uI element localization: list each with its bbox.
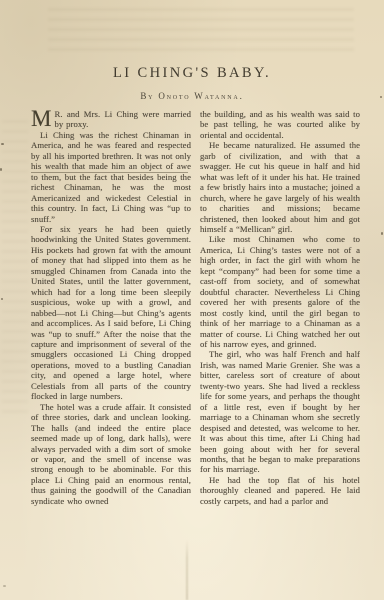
print-artifact-line	[31, 172, 188, 173]
story-title: LI CHING'S BABY.	[0, 65, 384, 82]
paper-speck	[1, 143, 4, 145]
paragraph: He had the top flat of his hotel thoroug…	[200, 475, 360, 506]
left-column: MR. and Mrs. Li Ching were married by pr…	[31, 109, 191, 563]
bleedthrough-left-edge	[2, 120, 28, 420]
paragraph: He became naturalized. He assumed the ga…	[200, 140, 360, 234]
paragraph: Li Ching was the richest Chinaman in Ame…	[31, 130, 191, 224]
paper-speck	[381, 232, 383, 235]
paper-speck	[0, 168, 2, 171]
paragraph: The girl, who was half French and half I…	[200, 349, 360, 474]
paper-speck	[380, 96, 382, 98]
paragraph: Like most Chinamen who come to America, …	[200, 234, 360, 349]
right-column: the building, and as his wealth was said…	[200, 109, 360, 563]
paragraph: For six years he had been quietly hoodwi…	[31, 224, 191, 402]
scanned-magazine-page: LI CHING'S BABY. By Onoto Watanna. MR. a…	[0, 0, 384, 600]
text-columns: MR. and Mrs. Li Ching were married by pr…	[31, 109, 360, 563]
story-byline: By Onoto Watanna.	[0, 91, 384, 101]
paragraph: the building, and as his wealth was said…	[200, 109, 360, 140]
paper-speck	[1, 298, 3, 300]
paragraph: MR. and Mrs. Li Ching were married by pr…	[31, 109, 191, 130]
drop-cap: M	[31, 109, 55, 128]
center-fold-crease	[186, 540, 188, 600]
paper-speck	[3, 585, 6, 587]
paragraph: The hotel was a crude affair. It consist…	[31, 402, 191, 507]
bleedthrough-ghost-text	[48, 8, 354, 58]
